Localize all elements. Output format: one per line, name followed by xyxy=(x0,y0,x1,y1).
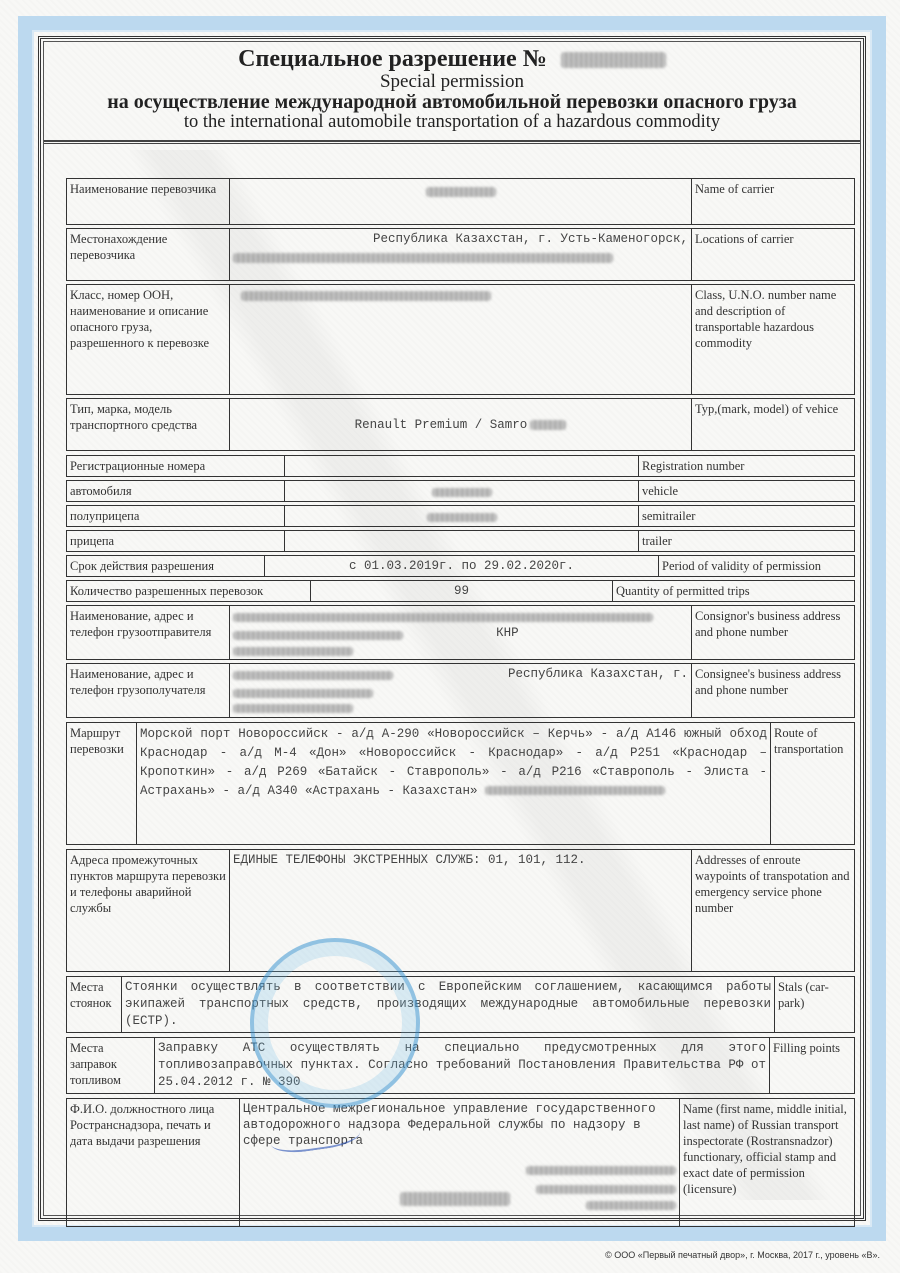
redacted-official-name-1 xyxy=(526,1166,676,1175)
validity-label: Срок действия разрешения xyxy=(67,556,265,577)
official-value: Центральное межрегиональное управление г… xyxy=(240,1099,680,1227)
trips-table: Количество разрешенных перевозок 99 Quan… xyxy=(66,580,855,602)
reg-trailer-label: прицепа xyxy=(67,531,285,552)
official-table: Ф.И.О. должностного лица Ространснадзора… xyxy=(66,1098,855,1227)
parking-label-en: Stals (car-park) xyxy=(775,977,855,1033)
carrier-location-text: Республика Казахстан, г. Усть-Каменогорс… xyxy=(233,231,688,247)
parking-table: Места стоянок Стоянки осуществлять в соо… xyxy=(66,976,855,1033)
redacted-address xyxy=(233,253,613,263)
reg-semitrailer-label: полуприцепа xyxy=(67,506,285,527)
vehicle-type-text: Renault Premium / Samro xyxy=(355,418,528,432)
carrier-location-value: Республика Казахстан, г. Усть-Каменогорс… xyxy=(230,229,692,281)
reg-vehicle-label-en: vehicle xyxy=(639,481,855,502)
waypoints-value: ЕДИНЫЕ ТЕЛЕФОНЫ ЭКСТРЕННЫХ СЛУЖБ: 01, 10… xyxy=(230,850,692,972)
header-rule xyxy=(44,140,860,144)
parties-table: Наименование, адрес и телефон грузоотпра… xyxy=(66,605,855,718)
row-route: Маршрут перевозки Морской порт Новоросси… xyxy=(67,723,855,845)
row-reg-vehicle: автомобиля vehicle xyxy=(67,481,855,502)
subtitle-en: to the international automobile transpor… xyxy=(40,113,864,132)
route-label: Маршрут перевозки xyxy=(67,723,137,845)
waypoints-table: Адреса промежуточных пунктов маршрута пе… xyxy=(66,849,855,972)
title-en: Special permission xyxy=(40,72,864,91)
redacted-cargo xyxy=(241,291,491,301)
consignee-label: Наименование, адрес и телефон грузополуч… xyxy=(67,664,230,718)
carrier-name-label: Наименование перевозчика xyxy=(67,179,230,225)
vehicle-type-value: Renault Premium / Samro xyxy=(230,399,692,451)
fuel-label-en: Filling points xyxy=(770,1038,855,1094)
row-reg-trailer: прицепа trailer xyxy=(67,531,855,552)
document-header: Специальное разрешение № Special permiss… xyxy=(40,40,864,140)
validity-label-en: Period of validity of permission xyxy=(659,556,855,577)
registration-table: Регистрационные номера Registration numb… xyxy=(66,455,855,552)
row-carrier-location: Местонахождение перевозчика Республика К… xyxy=(67,229,855,281)
carrier-name-value xyxy=(230,179,692,225)
row-fuel: Места заправок топливом Заправку АТС осу… xyxy=(67,1038,855,1094)
cargo-class-label: Класс, номер ООН, наименование и описани… xyxy=(67,285,230,395)
row-parking: Места стоянок Стоянки осуществлять в соо… xyxy=(67,977,855,1033)
printer-footer: © ООО «Первый печатный двор», г. Москва,… xyxy=(605,1250,880,1260)
consignor-country: КНР xyxy=(496,626,519,640)
redacted-consignee-line3 xyxy=(233,704,353,713)
title-ru-text: Специальное разрешение № xyxy=(238,46,547,72)
vehicle-type-label: Тип, марка, модель транспортного средств… xyxy=(67,399,230,451)
parking-value: Стоянки осуществлять в соответствии с Ев… xyxy=(122,977,775,1033)
reg-vehicle-value xyxy=(285,481,639,502)
row-trips: Количество разрешенных перевозок 99 Quan… xyxy=(67,581,855,602)
row-vehicle-type: Тип, марка, модель транспортного средств… xyxy=(67,399,855,451)
route-text: Морской порт Новороссийск - а/д А-290 «Н… xyxy=(140,727,767,798)
validity-table: Срок действия разрешения с 01.03.2019г. … xyxy=(66,555,855,577)
carrier-name-label-en: Name of carrier xyxy=(692,179,855,225)
consignor-value: КНР xyxy=(230,606,692,660)
consignor-label: Наименование, адрес и телефон грузоотпра… xyxy=(67,606,230,660)
carrier-table: Наименование перевозчика Name of carrier… xyxy=(66,178,855,451)
reg-semitrailer-value xyxy=(285,506,639,527)
consignee-value: Республика Казахстан, г. xyxy=(230,664,692,718)
waypoints-label-en: Addresses of enroute waypoints of transp… xyxy=(692,850,855,972)
permit-form: Наименование перевозчика Name of carrier… xyxy=(66,178,854,1227)
redacted-consignee-line2 xyxy=(233,689,373,698)
redacted-signature-line xyxy=(400,1192,510,1206)
trips-value: 99 xyxy=(311,581,613,602)
fuel-label: Места заправок топливом xyxy=(67,1038,155,1094)
subtitle-ru: на осуществление международной автомобил… xyxy=(40,91,864,113)
fuel-value: Заправку АТС осуществлять на специально … xyxy=(155,1038,770,1094)
row-cargo-class: Класс, номер ООН, наименование и описани… xyxy=(67,285,855,395)
trips-label: Количество разрешенных перевозок xyxy=(67,581,311,602)
vehicle-type-label-en: Typ,(mark, model) of vehice xyxy=(692,399,855,451)
route-label-en: Route of transportation xyxy=(771,723,855,845)
carrier-location-label-en: Locations of carrier xyxy=(692,229,855,281)
official-label: Ф.И.О. должностного лица Ространснадзора… xyxy=(67,1099,240,1227)
row-carrier-name: Наименование перевозчика Name of carrier xyxy=(67,179,855,225)
cargo-class-value xyxy=(230,285,692,395)
redacted-consignor-line3 xyxy=(233,647,353,656)
reg-trailer-label-en: trailer xyxy=(639,531,855,552)
reg-semitrailer-label-en: semitrailer xyxy=(639,506,855,527)
redacted-model xyxy=(530,420,566,430)
redacted-consignor-line2 xyxy=(233,631,403,640)
reg-vehicle-label: автомобиля xyxy=(67,481,285,502)
reg-numbers-value xyxy=(285,456,639,477)
reg-numbers-label-en: Registration number xyxy=(639,456,855,477)
redacted-consignee-line1 xyxy=(233,671,393,680)
trips-label-en: Quantity of permitted trips xyxy=(613,581,855,602)
reg-numbers-label: Регистрационные номера xyxy=(67,456,285,477)
waypoints-label: Адреса промежуточных пунктов маршрута пе… xyxy=(67,850,230,972)
row-waypoints: Адреса промежуточных пунктов маршрута пе… xyxy=(67,850,855,972)
title-ru: Специальное разрешение № xyxy=(40,46,864,72)
route-value: Морской порт Новороссийск - а/д А-290 «Н… xyxy=(137,723,771,845)
row-reg-semitrailer: полуприцепа semitrailer xyxy=(67,506,855,527)
redacted-semitrailer-number xyxy=(427,513,497,522)
carrier-location-label: Местонахождение перевозчика xyxy=(67,229,230,281)
cargo-class-label-en: Class, U.N.O. number name and descriptio… xyxy=(692,285,855,395)
redacted-permit-number xyxy=(561,52,666,68)
parking-label: Места стоянок xyxy=(67,977,122,1033)
redacted-official-name-2 xyxy=(536,1185,676,1194)
redacted-route-end xyxy=(485,786,665,795)
row-consignee: Наименование, адрес и телефон грузополуч… xyxy=(67,664,855,718)
fuel-table: Места заправок топливом Заправку АТС осу… xyxy=(66,1037,855,1094)
official-label-en: Name (first name, middle initial, last n… xyxy=(680,1099,855,1227)
redacted-official-date xyxy=(586,1201,676,1210)
redacted-consignor-line1 xyxy=(233,613,653,622)
consignee-country: Республика Казахстан, г. xyxy=(508,666,688,682)
redacted-vehicle-number xyxy=(432,488,492,497)
route-table: Маршрут перевозки Морской порт Новоросси… xyxy=(66,722,855,845)
reg-trailer-value xyxy=(285,531,639,552)
row-official: Ф.И.О. должностного лица Ространснадзора… xyxy=(67,1099,855,1227)
validity-value: с 01.03.2019г. по 29.02.2020г. xyxy=(265,556,659,577)
row-validity: Срок действия разрешения с 01.03.2019г. … xyxy=(67,556,855,577)
row-reg-numbers: Регистрационные номера Registration numb… xyxy=(67,456,855,477)
consignee-label-en: Consignee's business address and phone n… xyxy=(692,664,855,718)
consignor-label-en: Consignor's business address and phone n… xyxy=(692,606,855,660)
row-consignor: Наименование, адрес и телефон грузоотпра… xyxy=(67,606,855,660)
redacted-carrier-name xyxy=(426,187,496,197)
